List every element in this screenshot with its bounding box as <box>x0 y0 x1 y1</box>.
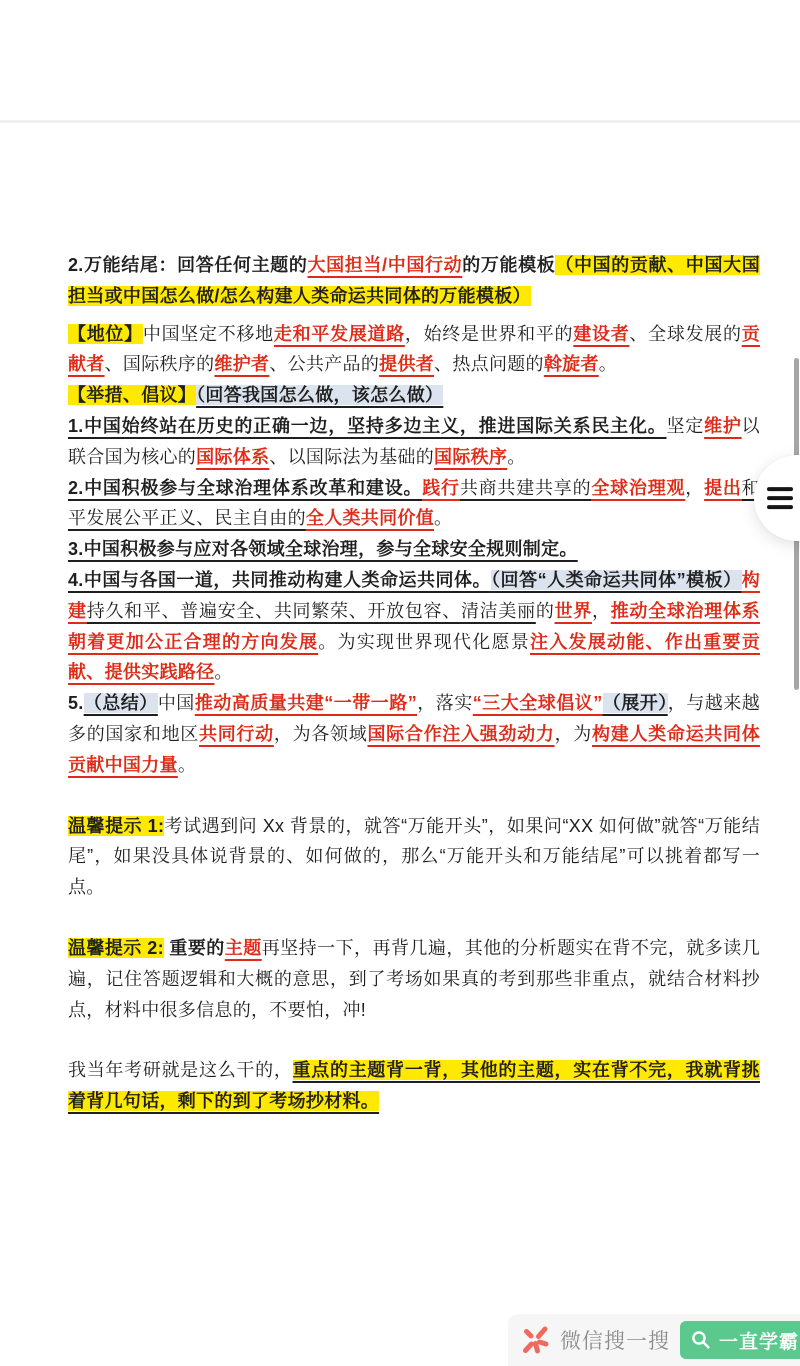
text-run: 中国 <box>158 693 195 713</box>
text-run: 持久和平、普遍安全、共同繁荣、开放包容、清洁美丽 <box>87 601 536 621</box>
paragraph-personal-note: 我当年考研就是这么干的，重点的主题背一背，其他的主题，实在背不完，我就背挑着背几… <box>68 1055 760 1117</box>
text-run: （总结） <box>84 693 158 713</box>
text-run: 主题 <box>225 938 262 958</box>
paragraph-status: 【地位】中国坚定不移地走和平发展道路，始终是世界和平的建设者、全球发展的贡献者、… <box>68 319 760 381</box>
text-run: 全人类共同价值 <box>306 508 434 528</box>
text-run: 的万能模板 <box>462 255 555 275</box>
text-run: 国际体系 <box>196 447 269 467</box>
text-run: 【地位】 <box>68 324 143 344</box>
text-run: 共同行动 <box>199 724 274 744</box>
text-run: 3.中国积极参与应对各领域全球治理，参与全球安全规则制定。 <box>68 539 578 559</box>
paragraph-tip-1: 温馨提示 1:考试遇到问 Xx 背景的，就答“万能开头”，如果问“XX 如何做”… <box>68 811 760 903</box>
text-run: 2.万能结尾：回答任何主题的 <box>68 255 308 275</box>
text-run: 提出 <box>704 478 742 498</box>
text-run: 国际合作注入强劲动力 <box>367 724 554 744</box>
separator-line <box>0 120 800 123</box>
document-body: 2.万能结尾：回答任何主题的大国担当/中国行动的万能模板（中国的贡献、中国大国担… <box>68 250 760 1117</box>
text-run: 维护 <box>704 416 742 436</box>
text-run: 、以国际法为基础的 <box>269 447 434 467</box>
wechat-search-spark-icon <box>518 1323 552 1357</box>
text-run: 。 <box>434 508 452 528</box>
text-run: 。为实现世界现代化愿景 <box>318 632 530 652</box>
text-run: ，始终是世界和平的 <box>405 324 573 344</box>
text-run: ，落实 <box>417 693 473 713</box>
text-run: 。 <box>507 447 525 467</box>
text-run: 考试遇到问 Xx 背景的，就答“万能开头”，如果问“XX 如何做”就答“万能结尾… <box>68 816 760 898</box>
text-run: 。 <box>214 662 232 682</box>
text-run: 共商共建共享的 <box>460 478 592 498</box>
text-run: 国际秩序 <box>434 447 507 467</box>
paragraph-measures-heading: 【举措、倡议】（回答我国怎么做，该怎么做） <box>68 380 760 411</box>
text-run: 温馨提示 2: <box>68 938 164 958</box>
text-run: 、公共产品的 <box>269 354 379 374</box>
text-run: 提供者 <box>379 354 434 374</box>
floating-menu-button[interactable] <box>754 455 800 541</box>
text-run: 1.中国始终站在历史的正确一边，坚持多边主义，推进国际关系民主化。 <box>68 416 667 436</box>
text-run: 温馨提示 1: <box>68 816 164 836</box>
text-run: 重要的 <box>164 938 225 958</box>
text-run: 践行 <box>422 478 460 498</box>
paragraph-point-5: 5.（总结）中国推动高质量共建“一带一路”，落实“三大全球倡议”（展开），与越来… <box>68 688 760 780</box>
paragraph-tip-2: 温馨提示 2: 重要的主题再坚持一下，再背几遍，其他的分析题实在背不完，就多读几… <box>68 933 760 1025</box>
text-run: （回答“人类命运共同体”模板） <box>491 570 742 590</box>
text-run: （回答我国怎么做，该怎么做） <box>196 385 443 405</box>
text-run: 5. <box>68 693 84 713</box>
search-icon <box>690 1329 712 1351</box>
search-account-button[interactable]: 一直学霸 <box>680 1321 800 1359</box>
text-run: 全球治理观 <box>591 478 685 498</box>
search-button-label: 一直学霸 <box>719 1327 799 1354</box>
wechat-search-label: 微信搜一搜 <box>560 1325 670 1355</box>
text-run: 中国坚定不移地 <box>143 324 274 344</box>
text-run: “三大全球倡议” <box>473 693 603 713</box>
text-run: 。 <box>599 354 617 374</box>
text-run: 斡旋者 <box>544 354 599 374</box>
text-run: ， <box>592 601 611 621</box>
wechat-search-widget[interactable]: 微信搜一搜 一直学霸 <box>508 1314 800 1366</box>
text-run: 建设者 <box>573 324 629 344</box>
text-run: 2.中国积极参与全球治理体系改革和建设。 <box>68 478 422 498</box>
text-run: 、热点问题的 <box>434 354 544 374</box>
text-run: 大国担当/中国行动 <box>308 255 463 275</box>
text-run: 【举措、倡议】 <box>68 385 196 405</box>
text-run: 坚定 <box>667 416 705 436</box>
text-run: 4.中国与各国一道，共同推动构建人类命运共同体。 <box>68 570 491 590</box>
text-run: （展开） <box>603 693 668 713</box>
paragraph-point-2: 2.中国积极参与全球治理体系改革和建设。践行共商共建共享的全球治理观，提出和平发… <box>68 473 760 535</box>
paragraph-point-3: 3.中国积极参与应对各领域全球治理，参与全球安全规则制定。 <box>68 534 760 565</box>
text-run: 维护者 <box>214 354 269 374</box>
heading-universal-ending: 2.万能结尾：回答任何主题的大国担当/中国行动的万能模板（中国的贡献、中国大国担… <box>68 250 760 312</box>
text-run: ，为 <box>555 724 592 744</box>
text-run: ， <box>685 478 704 498</box>
hamburger-menu-icon <box>767 487 793 509</box>
text-run: 、国际秩序的 <box>105 354 215 374</box>
text-run: 。 <box>178 755 196 775</box>
paragraph-point-4: 4.中国与各国一道，共同推动构建人类命运共同体。（回答“人类命运共同体”模板）构… <box>68 565 760 688</box>
text-run: 走和平发展道路 <box>274 324 405 344</box>
text-run: 、全球发展的 <box>629 324 741 344</box>
paragraph-point-1: 1.中国始终站在历史的正确一边，坚持多边主义，推进国际关系民主化。坚定维护以联合… <box>68 411 760 473</box>
article-page: 2.万能结尾：回答任何主题的大国担当/中国行动的万能模板（中国的贡献、中国大国担… <box>0 0 800 1366</box>
text-run: 我当年考研就是这么干的， <box>68 1060 293 1080</box>
text-run: ，为各领域 <box>274 724 368 744</box>
text-run: 世界 <box>555 601 592 621</box>
text-run: 的 <box>536 601 555 621</box>
text-run: 推动高质量共建“一带一路” <box>195 693 417 713</box>
